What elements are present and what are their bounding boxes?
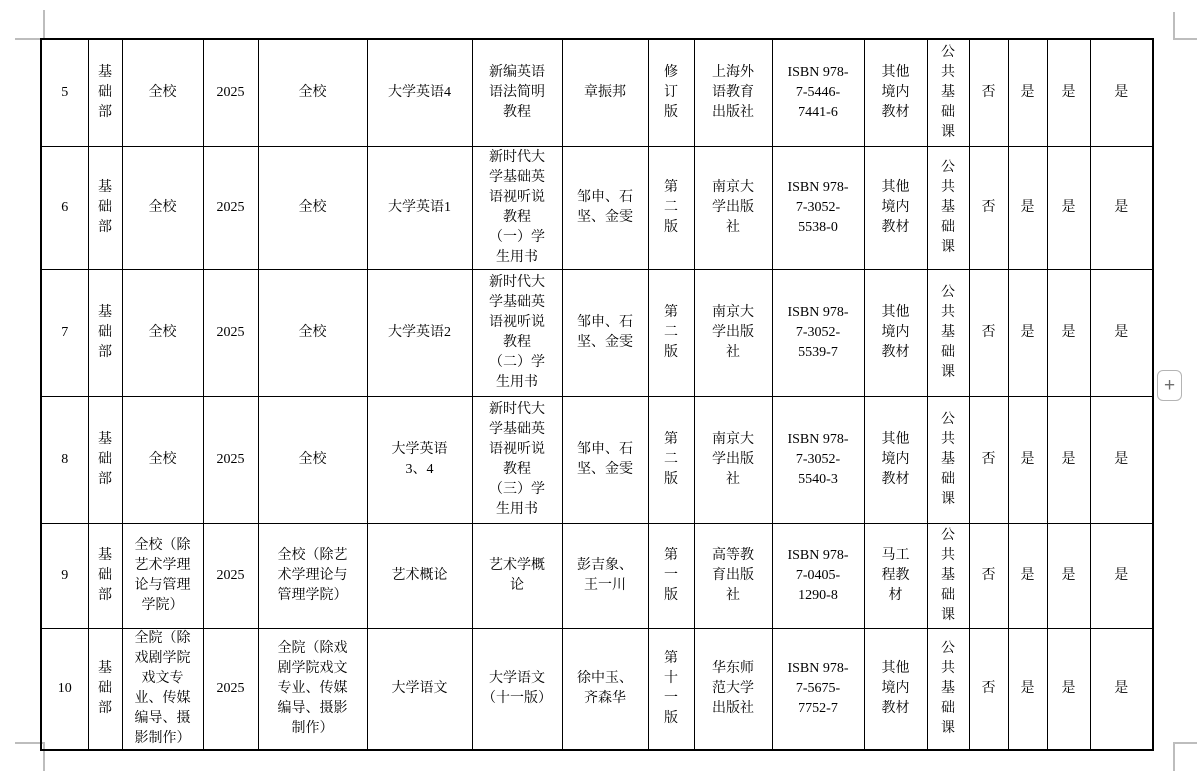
cell-row-number[interactable]: 8	[41, 396, 88, 523]
cell-course-name[interactable]: 大学英语4	[367, 39, 472, 146]
cell-applicable-majors[interactable]: 全校	[258, 39, 367, 146]
cell-row-number[interactable]: 5	[41, 39, 88, 146]
document-page: 5基 础 部全校2025全校大学英语4新编英语 语法简明 教程章振邦修 订 版上…	[0, 0, 1199, 779]
cell-flag-3[interactable]: 是	[1047, 269, 1090, 396]
cell-course-name[interactable]: 艺术概论	[367, 523, 472, 628]
cell-edition[interactable]: 第 一 版	[648, 523, 694, 628]
cell-publisher[interactable]: 华东师 范大学 出版社	[694, 628, 772, 750]
textbook-table: 5基 础 部全校2025全校大学英语4新编英语 语法简明 教程章振邦修 订 版上…	[40, 38, 1154, 751]
cell-flag-4[interactable]: 是	[1090, 269, 1153, 396]
cell-department[interactable]: 基 础 部	[88, 269, 122, 396]
cell-scope[interactable]: 全校	[122, 396, 203, 523]
cell-flag-2[interactable]: 是	[1008, 269, 1047, 396]
table-body: 5基 础 部全校2025全校大学英语4新编英语 语法简明 教程章振邦修 订 版上…	[41, 39, 1153, 750]
cell-row-number[interactable]: 9	[41, 523, 88, 628]
cell-scope[interactable]: 全校	[122, 39, 203, 146]
cell-applicable-majors[interactable]: 全校	[258, 396, 367, 523]
cell-flag-4[interactable]: 是	[1090, 146, 1153, 269]
cell-publisher[interactable]: 南京大 学出版 社	[694, 146, 772, 269]
cell-year[interactable]: 2025	[203, 146, 258, 269]
cell-publisher[interactable]: 高等教 育出版 社	[694, 523, 772, 628]
cell-authors[interactable]: 邹申、石 坚、金雯	[562, 269, 648, 396]
cell-flag-4[interactable]: 是	[1090, 396, 1153, 523]
table-row: 7基 础 部全校2025全校大学英语2新时代大 学基础英 语视听说 教程 （二）…	[41, 269, 1153, 396]
cell-publisher[interactable]: 南京大 学出版 社	[694, 396, 772, 523]
cell-isbn[interactable]: ISBN 978- 7-3052- 5539-7	[772, 269, 864, 396]
cell-row-number[interactable]: 10	[41, 628, 88, 750]
cell-row-number[interactable]: 7	[41, 269, 88, 396]
cell-scope[interactable]: 全校	[122, 269, 203, 396]
cell-edition[interactable]: 第 二 版	[648, 269, 694, 396]
table-row: 5基 础 部全校2025全校大学英语4新编英语 语法简明 教程章振邦修 订 版上…	[41, 39, 1153, 146]
cell-applicable-majors[interactable]: 全校	[258, 269, 367, 396]
cell-flag-2[interactable]: 是	[1008, 146, 1047, 269]
cell-edition[interactable]: 修 订 版	[648, 39, 694, 146]
cell-isbn[interactable]: ISBN 978- 7-5446- 7441-6	[772, 39, 864, 146]
cell-authors[interactable]: 彭吉象、 王一川	[562, 523, 648, 628]
cell-scope[interactable]: 全校（除 艺术学理 论与管理 学院）	[122, 523, 203, 628]
cell-authors[interactable]: 徐中玉、 齐森华	[562, 628, 648, 750]
cell-flag-1[interactable]: 否	[969, 523, 1008, 628]
cell-course-category[interactable]: 公 共 基 础 课	[927, 146, 969, 269]
cell-course-name[interactable]: 大学英语1	[367, 146, 472, 269]
cell-year[interactable]: 2025	[203, 628, 258, 750]
cell-flag-1[interactable]: 否	[969, 628, 1008, 750]
cell-flag-2[interactable]: 是	[1008, 523, 1047, 628]
cell-edition[interactable]: 第 二 版	[648, 146, 694, 269]
cell-department[interactable]: 基 础 部	[88, 146, 122, 269]
cell-department[interactable]: 基 础 部	[88, 396, 122, 523]
cell-publisher[interactable]: 南京大 学出版 社	[694, 269, 772, 396]
cell-authors[interactable]: 章振邦	[562, 39, 648, 146]
cell-material-type[interactable]: 其他 境内 教材	[864, 628, 927, 750]
cell-edition[interactable]: 第 二 版	[648, 396, 694, 523]
cell-applicable-majors[interactable]: 全校（除艺 术学理论与 管理学院）	[258, 523, 367, 628]
table-row: 10基 础 部全院（除 戏剧学院 戏文专 业、传媒 编导、摄 影制作）2025全…	[41, 628, 1153, 750]
cell-flag-1[interactable]: 否	[969, 396, 1008, 523]
cell-flag-3[interactable]: 是	[1047, 396, 1090, 523]
table-row: 6基 础 部全校2025全校大学英语1新时代大 学基础英 语视听说 教程 （一）…	[41, 146, 1153, 269]
cell-flag-4[interactable]: 是	[1090, 523, 1153, 628]
cell-isbn[interactable]: ISBN 978- 7-5675- 7752-7	[772, 628, 864, 750]
crop-mark-top-right	[1173, 12, 1197, 40]
cell-flag-2[interactable]: 是	[1008, 396, 1047, 523]
cell-textbook-title[interactable]: 大学语文 （十一版）	[472, 628, 562, 750]
cell-department[interactable]: 基 础 部	[88, 628, 122, 750]
cell-department[interactable]: 基 础 部	[88, 523, 122, 628]
cell-flag-2[interactable]: 是	[1008, 628, 1047, 750]
cell-material-type[interactable]: 其他 境内 教材	[864, 396, 927, 523]
cell-year[interactable]: 2025	[203, 269, 258, 396]
cell-textbook-title[interactable]: 新编英语 语法简明 教程	[472, 39, 562, 146]
cell-applicable-majors[interactable]: 全院（除戏 剧学院戏文 专业、传媒 编导、摄影 制作）	[258, 628, 367, 750]
cell-flag-1[interactable]: 否	[969, 39, 1008, 146]
cell-material-type[interactable]: 其他 境内 教材	[864, 269, 927, 396]
cell-textbook-title[interactable]: 新时代大 学基础英 语视听说 教程 （三）学 生用书	[472, 396, 562, 523]
table-row: 8基 础 部全校2025全校大学英语 3、4新时代大 学基础英 语视听说 教程 …	[41, 396, 1153, 523]
crop-mark-top-left	[15, 10, 45, 40]
cell-textbook-title[interactable]: 新时代大 学基础英 语视听说 教程 （一）学 生用书	[472, 146, 562, 269]
cell-flag-3[interactable]: 是	[1047, 146, 1090, 269]
cell-year[interactable]: 2025	[203, 396, 258, 523]
cell-course-category[interactable]: 公 共 基 础 课	[927, 269, 969, 396]
cell-flag-3[interactable]: 是	[1047, 628, 1090, 750]
cell-publisher[interactable]: 上海外 语教育 出版社	[694, 39, 772, 146]
cell-authors[interactable]: 邹申、石 坚、金雯	[562, 146, 648, 269]
cell-flag-4[interactable]: 是	[1090, 39, 1153, 146]
cell-flag-4[interactable]: 是	[1090, 628, 1153, 750]
cell-course-category[interactable]: 公 共 基 础 课	[927, 396, 969, 523]
cell-scope[interactable]: 全院（除 戏剧学院 戏文专 业、传媒 编导、摄 影制作）	[122, 628, 203, 750]
cell-textbook-title[interactable]: 艺术学概 论	[472, 523, 562, 628]
cell-material-type[interactable]: 马工 程教 材	[864, 523, 927, 628]
cell-course-category[interactable]: 公 共 基 础 课	[927, 628, 969, 750]
cell-isbn[interactable]: ISBN 978- 7-3052- 5538-0	[772, 146, 864, 269]
cell-textbook-title[interactable]: 新时代大 学基础英 语视听说 教程 （二）学 生用书	[472, 269, 562, 396]
cell-applicable-majors[interactable]: 全校	[258, 146, 367, 269]
cell-material-type[interactable]: 其他 境内 教材	[864, 39, 927, 146]
cell-authors[interactable]: 邹申、石 坚、金雯	[562, 396, 648, 523]
cell-flag-2[interactable]: 是	[1008, 39, 1047, 146]
cell-flag-3[interactable]: 是	[1047, 523, 1090, 628]
cell-course-category[interactable]: 公 共 基 础 课	[927, 39, 969, 146]
cell-flag-1[interactable]: 否	[969, 269, 1008, 396]
cell-row-number[interactable]: 6	[41, 146, 88, 269]
cell-edition[interactable]: 第 十 一 版	[648, 628, 694, 750]
cell-isbn[interactable]: ISBN 978- 7-0405- 1290-8	[772, 523, 864, 628]
cell-year[interactable]: 2025	[203, 523, 258, 628]
crop-mark-bottom-right	[1173, 742, 1197, 771]
cell-course-name[interactable]: 大学英语 3、4	[367, 396, 472, 523]
cell-material-type[interactable]: 其他 境内 教材	[864, 146, 927, 269]
table-row: 9基 础 部全校（除 艺术学理 论与管理 学院）2025全校（除艺 术学理论与 …	[41, 523, 1153, 628]
cell-flag-3[interactable]: 是	[1047, 39, 1090, 146]
cell-course-category[interactable]: 公 共 基 础 课	[927, 523, 969, 628]
cell-year[interactable]: 2025	[203, 39, 258, 146]
cell-course-name[interactable]: 大学语文	[367, 628, 472, 750]
cell-flag-1[interactable]: 否	[969, 146, 1008, 269]
cell-scope[interactable]: 全校	[122, 146, 203, 269]
cell-course-name[interactable]: 大学英语2	[367, 269, 472, 396]
cell-department[interactable]: 基 础 部	[88, 39, 122, 146]
add-column-button[interactable]: +	[1157, 370, 1182, 401]
cell-isbn[interactable]: ISBN 978- 7-3052- 5540-3	[772, 396, 864, 523]
